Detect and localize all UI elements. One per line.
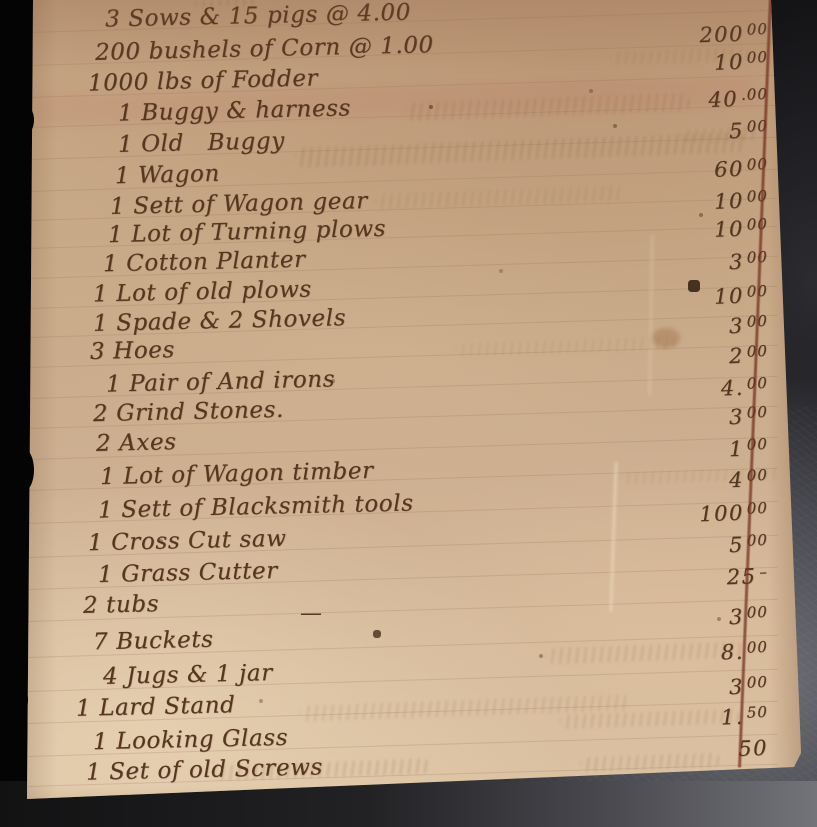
- item-amount: 6000: [646, 155, 769, 184]
- ledger-row: 1 Cross Cut saw500: [0, 528, 790, 562]
- ledger-page: 3 Sows & 15 pigs @ 4.00200 bushels of Co…: [0, 0, 817, 827]
- item-amount: 25–: [646, 563, 769, 592]
- item-description: 1 Cross Cut saw: [88, 526, 287, 556]
- torn-edge-notch: [18, 106, 34, 134]
- ledger-row: 1 Looking Glass50: [0, 727, 790, 761]
- ledger-row: 1 Grass Cutter25–: [0, 560, 790, 594]
- item-description: 1 Set of old Screws: [86, 754, 323, 785]
- item-description: 1 Sett of Blacksmith tools: [98, 490, 414, 523]
- item-description: 1 Lot of old plows: [93, 277, 312, 308]
- item-description: 1 Grass Cutter: [98, 558, 278, 588]
- ledger-row: 1 Sett of Blacksmith tools10000: [0, 494, 790, 528]
- item-description: 1 Wagon: [115, 161, 220, 189]
- ledger-row: 1 Pair of And irons4.00: [0, 369, 790, 403]
- ledger-row: 2 Grind Stones.300: [0, 399, 790, 433]
- item-description: 2 Grind Stones.: [93, 397, 284, 427]
- ledger-row: 7 Buckets8.00: [0, 628, 790, 662]
- ledger-row: 2 tubs—300: [0, 592, 790, 626]
- item-amount: 1000: [646, 282, 769, 311]
- torn-edge-notch: [16, 288, 28, 308]
- item-description: 1 Spade & 2 Shovels: [93, 305, 347, 337]
- rust-stain: [652, 328, 680, 348]
- item-description: 2 Axes: [96, 429, 177, 457]
- item-amount: 1000: [646, 215, 769, 244]
- item-amount: 1000: [646, 48, 769, 77]
- torn-edge-notch: [12, 448, 34, 492]
- item-description: 1000 lbs of Fodder: [88, 65, 319, 96]
- item-description: 7 Buckets: [93, 627, 214, 656]
- item-amount: 300: [646, 403, 769, 432]
- ledger-row: 1 Cotton Planter300: [0, 249, 790, 283]
- item-description: 1 Cotton Planter: [103, 247, 306, 278]
- ledger-row: 1 Lard Stand1.50: [0, 694, 790, 728]
- ink-specks: [0, 0, 2, 2]
- ledger-row: 2 Axes100: [0, 430, 790, 464]
- item-description: 1 Lot of Wagon timber: [100, 458, 374, 490]
- item-description: 1 Sett of Wagon gear: [110, 188, 368, 220]
- ledger-row: 4 Jugs & 1 jar300: [0, 662, 790, 696]
- item-description: 4 Jugs & 1 jar: [103, 660, 273, 690]
- item-description: 200 bushels of Corn @ 1.00: [95, 32, 434, 66]
- item-description: 3 Sows & 15 pigs @ 4.00: [105, 0, 411, 32]
- ditto-dash: —: [300, 601, 322, 626]
- item-description: 1 Lard Stand: [76, 692, 236, 722]
- item-description: 1 Looking Glass: [93, 725, 289, 755]
- item-description: 1 Pair of And irons: [106, 366, 336, 397]
- item-description: 1 Buggy & harness: [118, 95, 351, 126]
- item-amount: 300: [646, 248, 769, 277]
- item-description: 3 Hoes: [90, 337, 175, 365]
- item-amount: 1000: [646, 187, 769, 216]
- item-amount: 20000: [646, 20, 769, 49]
- torn-edge-notch: [14, 686, 28, 714]
- photo-of-ledger-page: 3 Sows & 15 pigs @ 4.00200 bushels of Co…: [0, 0, 817, 827]
- ledger-row: 1 Lot of Turning plows1000: [0, 219, 790, 253]
- item-amount: 40.00: [646, 85, 769, 114]
- item-description: 1 Lot of Turning plows: [108, 216, 387, 248]
- item-amount: 500: [646, 117, 769, 146]
- item-description: 1 Old Buggy: [118, 128, 285, 158]
- item-description: 2 tubs: [83, 591, 160, 619]
